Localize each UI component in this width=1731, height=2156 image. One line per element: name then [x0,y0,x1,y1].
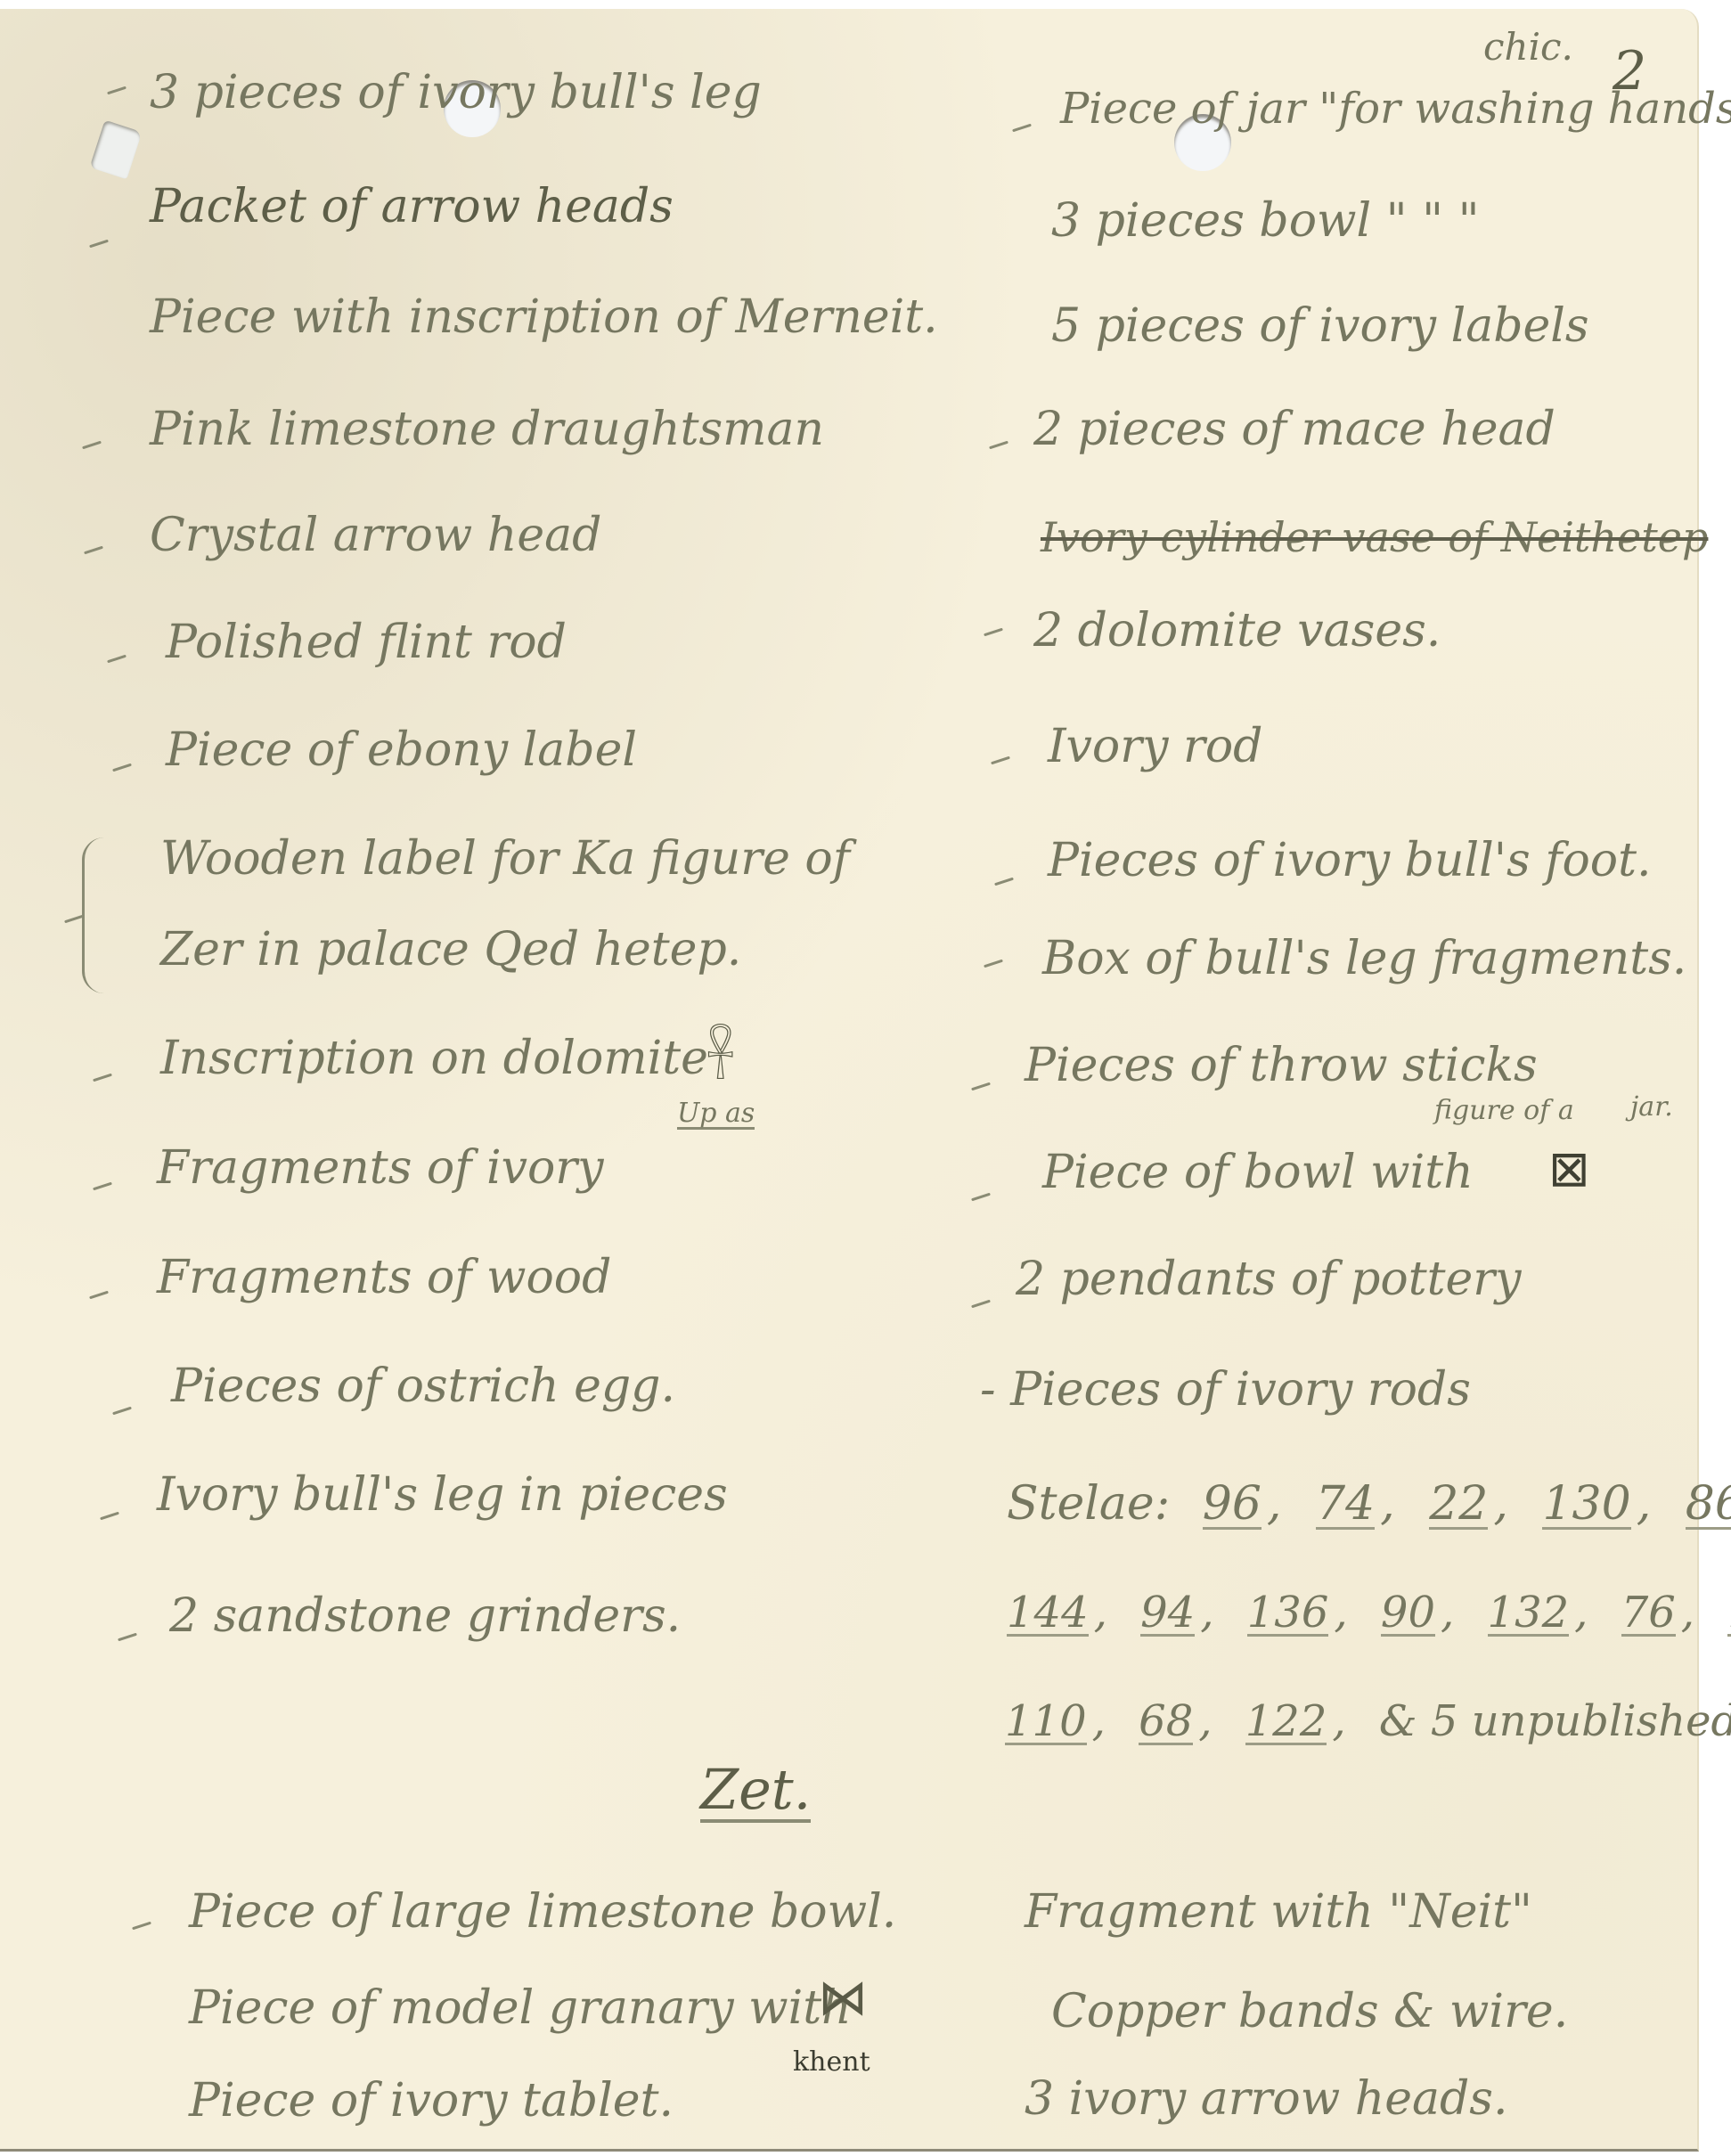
list-item: Pink limestone draughtsman [150,406,824,453]
brace-bracket [82,837,104,993]
stela-number: 86 [1686,1481,1731,1530]
stela-number: 132 [1488,1591,1570,1637]
list-item: Piece of large limestone bowl. [189,1889,896,1935]
stela-number: 130 [1542,1481,1630,1530]
check-mark-icon [107,86,127,95]
list-item: 3 ivory arrow heads. [1025,2076,1508,2122]
dash-marker [994,878,1014,886]
struck-list-item: Ivory cylinder vase of Neithetep [1041,517,1708,558]
stelae-label: Stelae: [1007,1477,1170,1531]
jar-sketch-icon: ⊠ [1548,1140,1590,1198]
list-item: Piece with inscription of Merneit. [150,294,938,340]
manuscript-page: chic. 2 3 pieces of ivory bull's leg Pac… [0,9,1699,2152]
header-note: chic. [1483,29,1573,66]
stela-number: 76 [1621,1591,1676,1637]
list-item: Pieces of ivory bull's foot. [1048,837,1652,884]
stela-number: 136 [1247,1591,1329,1637]
list-item: Copper bands & wire. [1051,1989,1568,2035]
dash-marker [89,1291,109,1300]
stela-number: 110 [1005,1700,1087,1745]
dash-marker [118,1633,137,1642]
dash-marker [64,915,84,924]
dash-marker [82,441,102,450]
bowl-annotation: figure of a [1434,1098,1574,1124]
list-item: Polished flint rod [166,619,567,666]
dash-marker [132,1922,151,1931]
bowl-annotation-end: jar. [1630,1094,1673,1121]
list-item: Piece of jar "for washing hands" [1060,87,1731,130]
stelae-row-3: 110, 68, 122, & 5 unpublished. [1005,1700,1731,1745]
stelae-tail: & 5 unpublished. [1379,1696,1731,1746]
hieroglyph-icon: 𓋹 [706,1007,735,1095]
dash-marker [100,1512,119,1521]
dash-marker [89,240,109,249]
list-item: 2 sandstone grinders. [169,1593,681,1639]
paper-tear [89,120,142,180]
dash-marker [112,1407,132,1416]
stelae-row-1: Stelae: 96, 74, 22, 130, 86, [1007,1481,1731,1530]
list-item: Zer in palace Qed hetep. [160,927,741,973]
dash-marker [112,764,132,772]
dash-marker [971,1193,991,1202]
list-item: Box of bull's leg fragments. [1042,935,1686,982]
list-item: Pieces of ostrich egg. [171,1363,675,1409]
list-item: 3 pieces of ivory bull's leg [150,69,762,116]
dash-marker [107,655,127,664]
list-item: Piece of bowl with [1042,1149,1474,1196]
list-item: Packet of arrow heads [150,184,674,230]
list-item: Pieces of throw sticks [1025,1042,1538,1089]
list-item: - Pieces of ivory rods [980,1367,1471,1413]
list-item: 3 pieces bowl " " " [1051,198,1480,244]
stela-number: 74 [1316,1481,1375,1530]
list-item: Piece of model granary with [189,1985,852,2031]
inscription-annotation: Up as [677,1100,755,1130]
list-item: 2 dolomite vases. [1033,608,1441,654]
section-heading: Zet. [700,1762,811,1823]
dash-marker [84,546,103,555]
dash-marker [984,960,1003,968]
stela-number: 90 [1381,1591,1435,1637]
stela-number: 94 [1140,1591,1195,1637]
stela-number: 122 [1245,1700,1327,1745]
list-item: 2 pieces of mace head [1033,406,1555,453]
dash-marker [989,441,1008,450]
dash-marker [971,1082,991,1091]
dash-marker [971,1300,991,1309]
list-item: Piece of ivory tablet. [189,2078,674,2124]
stelae-row-2: 144, 94, 136, 90, 132, 76, 128, [1007,1591,1731,1637]
list-item: 2 pendants of pottery [1016,1256,1522,1303]
dash-marker [93,1182,112,1191]
list-item: Piece of ebony label [166,727,637,773]
stela-number: 144 [1007,1591,1089,1637]
list-item: Ivory bull's leg in pieces [157,1472,728,1518]
granary-hieroglyph-icon: ⋈ [818,1969,868,2027]
list-item: Wooden label for Ka figure of [160,836,850,882]
list-item: Fragments of wood [157,1254,611,1301]
dash-marker [1012,124,1032,133]
stela-number: 68 [1139,1700,1193,1745]
stela-number: 128 [1727,1591,1731,1637]
stela-number: 22 [1429,1481,1488,1530]
list-item: 5 pieces of ivory labels [1051,303,1589,349]
list-item: Crystal arrow head [150,512,601,559]
list-item: Inscription on dolomite [160,1035,708,1082]
granary-annotation: khent [793,2049,870,2076]
list-item: Fragments of ivory [157,1145,604,1191]
list-item: Fragment with "Neit" [1025,1889,1532,1935]
dash-marker [984,628,1003,637]
list-item: Ivory rod [1048,723,1262,770]
stela-number: 96 [1203,1481,1262,1530]
dash-marker [93,1074,112,1082]
dash-marker [991,756,1010,765]
